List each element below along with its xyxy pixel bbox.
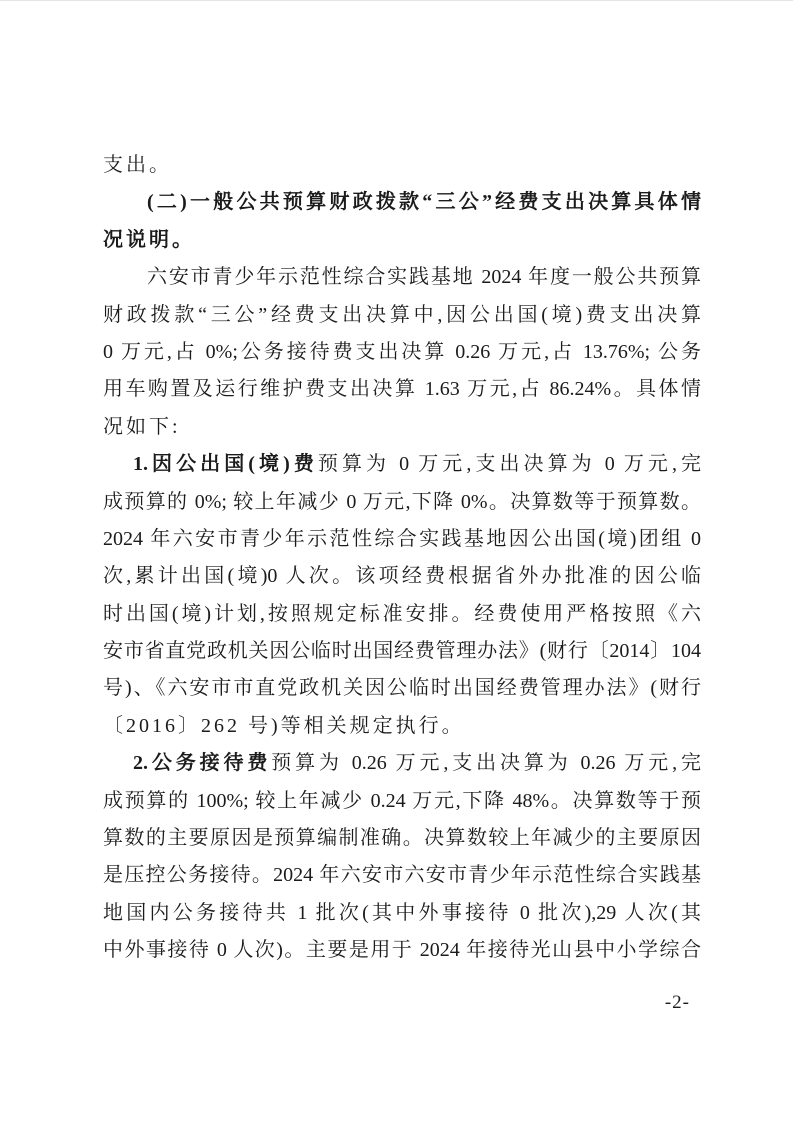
text-run: 成预算的 100%; 较上年减少 0.24 万元,下降 48%。决算数等于预: [103, 790, 701, 812]
text-run: 〔2016〕262 号)等相关规定执行。: [103, 715, 465, 737]
text-run: 财政拨款“三公”经费支出决算中,因公出国(境)费支出决算: [103, 304, 701, 326]
text-run: 地国内公务接待共 1 批次(其中外事接待 0 批次),29 人次(其: [103, 902, 701, 924]
page-number: -2-: [665, 992, 690, 1014]
text-line: 安市省直党政机关因公临时出国经费管理办法》(财行〔2014〕104: [103, 633, 701, 670]
text-line: 2.公务接待费预算为 0.26 万元,支出决算为 0.26 万元,完: [103, 745, 701, 782]
text-line: 0 万元,占 0%;公务接待费支出决算 0.26 万元,占 13.76%; 公务: [103, 334, 701, 371]
text-run: 用车购置及运行维护费支出决算 1.63 万元,占 86.24%。具体情: [103, 378, 701, 400]
bold-text-run: (二)一般公共预算财政拨款“三公”经费支出决算具体情: [147, 191, 701, 213]
text-line: 中外事接待 0 人次)。主要是用于 2024 年接待光山县中小学综合: [103, 932, 701, 969]
text-line: 时出国(境)计划,按照规定标准安排。经费使用严格按照《六: [103, 596, 701, 633]
text-line: 况说明。: [103, 222, 701, 259]
text-run: 预算为 0 万元,支出决算为 0 万元,完: [318, 453, 701, 475]
text-line: 算数的主要原因是预算编制准确。决算数较上年减少的主要原因: [103, 820, 701, 857]
bold-text-run: 况说明。: [103, 229, 195, 251]
text-line: 况如下:: [103, 409, 701, 446]
text-run: 0 万元,占 0%;公务接待费支出决算 0.26 万元,占 13.76%; 公务: [103, 341, 701, 363]
text-run: 安市省直党政机关因公临时出国经费管理办法》(财行〔2014〕104: [103, 640, 701, 662]
text-run: 况如下:: [103, 416, 181, 438]
text-run: 支出。: [103, 154, 172, 176]
text-line: 次,累计出国(境)0 人次。该项经费根据省外办批准的因公临: [103, 558, 701, 595]
text-run: 成预算的 0%; 较上年减少 0 万元,下降 0%。决算数等于预算数。: [103, 491, 701, 513]
text-line: 成预算的 100%; 较上年减少 0.24 万元,下降 48%。决算数等于预: [103, 783, 701, 820]
text-line: 用车购置及运行维护费支出决算 1.63 万元,占 86.24%。具体情: [103, 371, 701, 408]
text-run: 算数的主要原因是预算编制准确。决算数较上年减少的主要原因: [103, 827, 701, 849]
text-line: 支出。: [103, 147, 701, 184]
text-line: 六安市青少年示范性综合实践基地 2024 年度一般公共预算: [103, 259, 701, 296]
text-run: 时出国(境)计划,按照规定标准安排。经费使用严格按照《六: [103, 603, 701, 625]
text-line: 成预算的 0%; 较上年减少 0 万元,下降 0%。决算数等于预算数。: [103, 484, 701, 521]
document-page: 支出。(二)一般公共预算财政拨款“三公”经费支出决算具体情况说明。六安市青少年示…: [0, 0, 793, 1123]
text-line: 财政拨款“三公”经费支出决算中,因公出国(境)费支出决算: [103, 297, 701, 334]
text-run: 预算为 0.26 万元,支出决算为 0.26 万元,完: [271, 752, 701, 774]
text-line: 地国内公务接待共 1 批次(其中外事接待 0 批次),29 人次(其: [103, 895, 701, 932]
text-run: 次,累计出国(境)0 人次。该项经费根据省外办批准的因公临: [103, 565, 701, 587]
text-run: 中外事接待 0 人次)。主要是用于 2024 年接待光山县中小学综合: [103, 939, 701, 961]
text-line: 2024 年六安市青少年示范性综合实践基地因公出国(境)团组 0: [103, 521, 701, 558]
text-line: 号)、《六安市市直党政机关因公临时出国经费管理办法》(财行: [103, 670, 701, 707]
text-run: 号)、《六安市市直党政机关因公临时出国经费管理办法》(财行: [103, 677, 701, 699]
text-run: 是压控公务接待。2024 年六安市六安市青少年示范性综合实践基: [103, 864, 701, 886]
document-body: 支出。(二)一般公共预算财政拨款“三公”经费支出决算具体情况说明。六安市青少年示…: [103, 147, 701, 970]
text-line: 是压控公务接待。2024 年六安市六安市青少年示范性综合实践基: [103, 857, 701, 894]
text-run: 六安市青少年示范性综合实践基地 2024 年度一般公共预算: [147, 266, 701, 288]
text-line: 〔2016〕262 号)等相关规定执行。: [103, 708, 701, 745]
bold-text-run: 1.因公出国(境)费: [133, 453, 318, 475]
bold-text-run: 2.公务接待费: [133, 752, 271, 774]
text-run: 2024 年六安市青少年示范性综合实践基地因公出国(境)团组 0: [103, 528, 701, 550]
text-line: (二)一般公共预算财政拨款“三公”经费支出决算具体情: [103, 184, 701, 221]
text-line: 1.因公出国(境)费预算为 0 万元,支出决算为 0 万元,完: [103, 446, 701, 483]
